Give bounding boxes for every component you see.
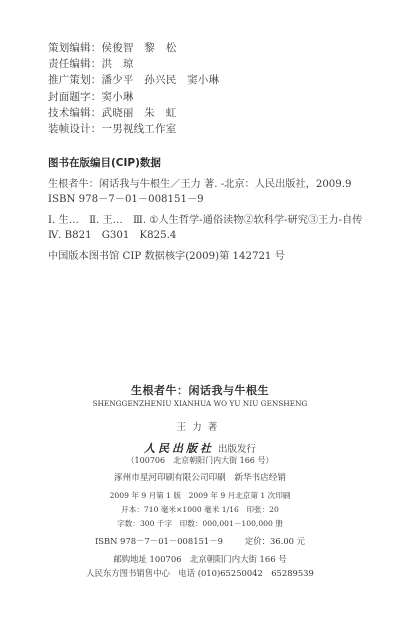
credit-row-planning-editor: 策划编辑：侯俊智 黎 松 — [48, 40, 219, 56]
publisher-suffix: 出版发行 — [218, 444, 256, 455]
credit-value: 洪 琼 — [102, 58, 134, 70]
printer-line: 涿州市星河印刷有限公司印刷 新华书店经销 — [0, 471, 400, 483]
credit-label: 策划编辑： — [48, 42, 102, 54]
sales-center-contact: 人民东方图书销售中心 电话 (010)65250042 65289539 — [0, 567, 400, 579]
cip-classification-line: Ⅳ. B821 G301 K825.4 — [48, 228, 362, 243]
cip-bibliographic-line: 生根者牛：闲话我与牛根生／王力 著. -北京：人民出版社，2009.9 — [48, 177, 362, 192]
mail-order-address: 邮购地址 100706 北京朝阳门内大街 166 号 — [0, 553, 400, 565]
isbn: ISBN 978－7－01－008151－9 — [95, 536, 223, 546]
credit-value: 潘少平 孙兴民 窦小琳 — [102, 74, 220, 86]
edition-line: 2009 年 9 月第 1 版 2009 年 9 月北京第 1 次印刷 — [0, 490, 400, 501]
publisher-address: （100706 北京朝阳门内大街 166 号） — [0, 455, 400, 466]
publisher-line: 人民出版社出版发行 — [0, 440, 400, 456]
format-line: 开本：710 毫米×1000 毫米 1/16 印张：20 — [0, 504, 400, 515]
credit-row-technical-editor: 技术编辑：武晓丽 朱 虹 — [48, 105, 219, 121]
credit-row-cover-calligraphy: 封面题字：窦小琳 — [48, 89, 219, 105]
publisher-logo: 人民出版社 — [144, 442, 214, 455]
book-title-pinyin: SHENGGENZHENIU XIANHUA WO YU NIU GENSHEN… — [0, 399, 400, 408]
cip-subject-line: Ⅰ. 生… Ⅱ. 王… Ⅲ. ①人生哲学-通俗读物②软科学-研究③王力-自传 — [48, 213, 362, 228]
credit-label: 技术编辑： — [48, 107, 102, 119]
credit-value: 侯俊智 黎 松 — [102, 42, 177, 54]
credit-row-design: 装帧设计：一男视线工作室 — [48, 121, 219, 137]
credit-label: 推广策划： — [48, 74, 102, 86]
cip-record-number: 中国版本图书馆 CIP 数据核字(2009)第 142721 号 — [48, 249, 362, 264]
credit-row-promotion: 推广策划：潘少平 孙兴民 窦小琳 — [48, 72, 219, 88]
book-title: 生根者牛：闲话我与牛根生 — [0, 382, 400, 398]
editorial-credits: 策划编辑：侯俊智 黎 松 责任编辑：洪 琼 推广策划：潘少平 孙兴民 窦小琳 封… — [48, 40, 219, 137]
credit-row-responsible-editor: 责任编辑：洪 琼 — [48, 56, 219, 72]
cip-block: 生根者牛：闲话我与牛根生／王力 著. -北京：人民出版社，2009.9 ISBN… — [48, 177, 362, 264]
credit-label: 封面题字： — [48, 91, 102, 103]
cip-isbn-line: ISBN 978－7－01－008151－9 — [48, 192, 362, 207]
word-count-line: 字数：300 千字 印数：000,001－100,000 册 — [0, 518, 400, 529]
credit-value: 一男视线工作室 — [102, 123, 177, 135]
cip-heading: 图书在版编目(CIP)数据 — [48, 155, 161, 170]
credit-value: 窦小琳 — [102, 91, 134, 103]
author: 王力著 — [0, 419, 400, 433]
isbn-price-line: ISBN 978－7－01－008151－9定价：36.00 元 — [0, 535, 400, 547]
credit-value: 武晓丽 朱 虹 — [102, 107, 177, 119]
credit-label: 装帧设计： — [48, 123, 102, 135]
price: 定价：36.00 元 — [245, 536, 305, 546]
credit-label: 责任编辑： — [48, 58, 102, 70]
